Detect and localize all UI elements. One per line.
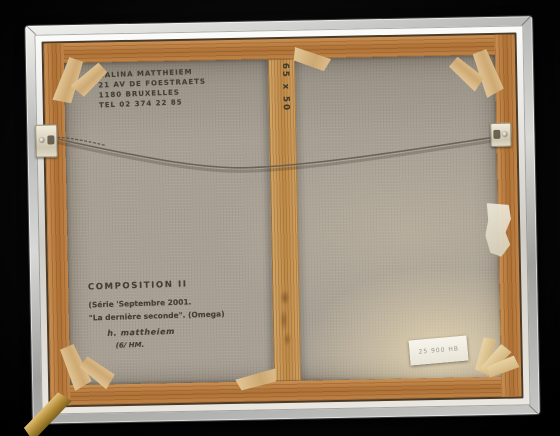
signature-initials: (6/ HM. [116,336,226,352]
price-label-text: 25 900 HB [418,345,459,355]
canvas-back: HALINA MATTHEIEM 21 AV DE FOESTRAETS 118… [64,55,501,385]
title-inscription: COMPOSITION II (Série 'Septembre 2001. "… [88,277,226,353]
artist-address-inscription: HALINA MATTHEIEM 21 AV DE FOESTRAETS 118… [98,67,207,111]
faded-maker-stamp [277,285,293,349]
dimensions-inscription: 65 x 50 [280,63,291,112]
hanging-plate-right [490,123,511,147]
framed-painting-back: HALINA MATTHEIEM 21 AV DE FOESTRAETS 118… [25,16,540,424]
price-label: 25 900 HB [409,336,469,366]
artwork-title: COMPOSITION II [88,277,224,294]
subtitle-line: "La dernière seconde". (Omega) [89,307,225,324]
wire-slot [47,135,54,144]
hanging-plate-left [35,124,58,157]
photo-background: { "inscriptions": { "address": { "lines"… [0,0,560,436]
wire-slot [493,130,500,139]
screw [39,138,44,143]
screw [502,132,507,137]
